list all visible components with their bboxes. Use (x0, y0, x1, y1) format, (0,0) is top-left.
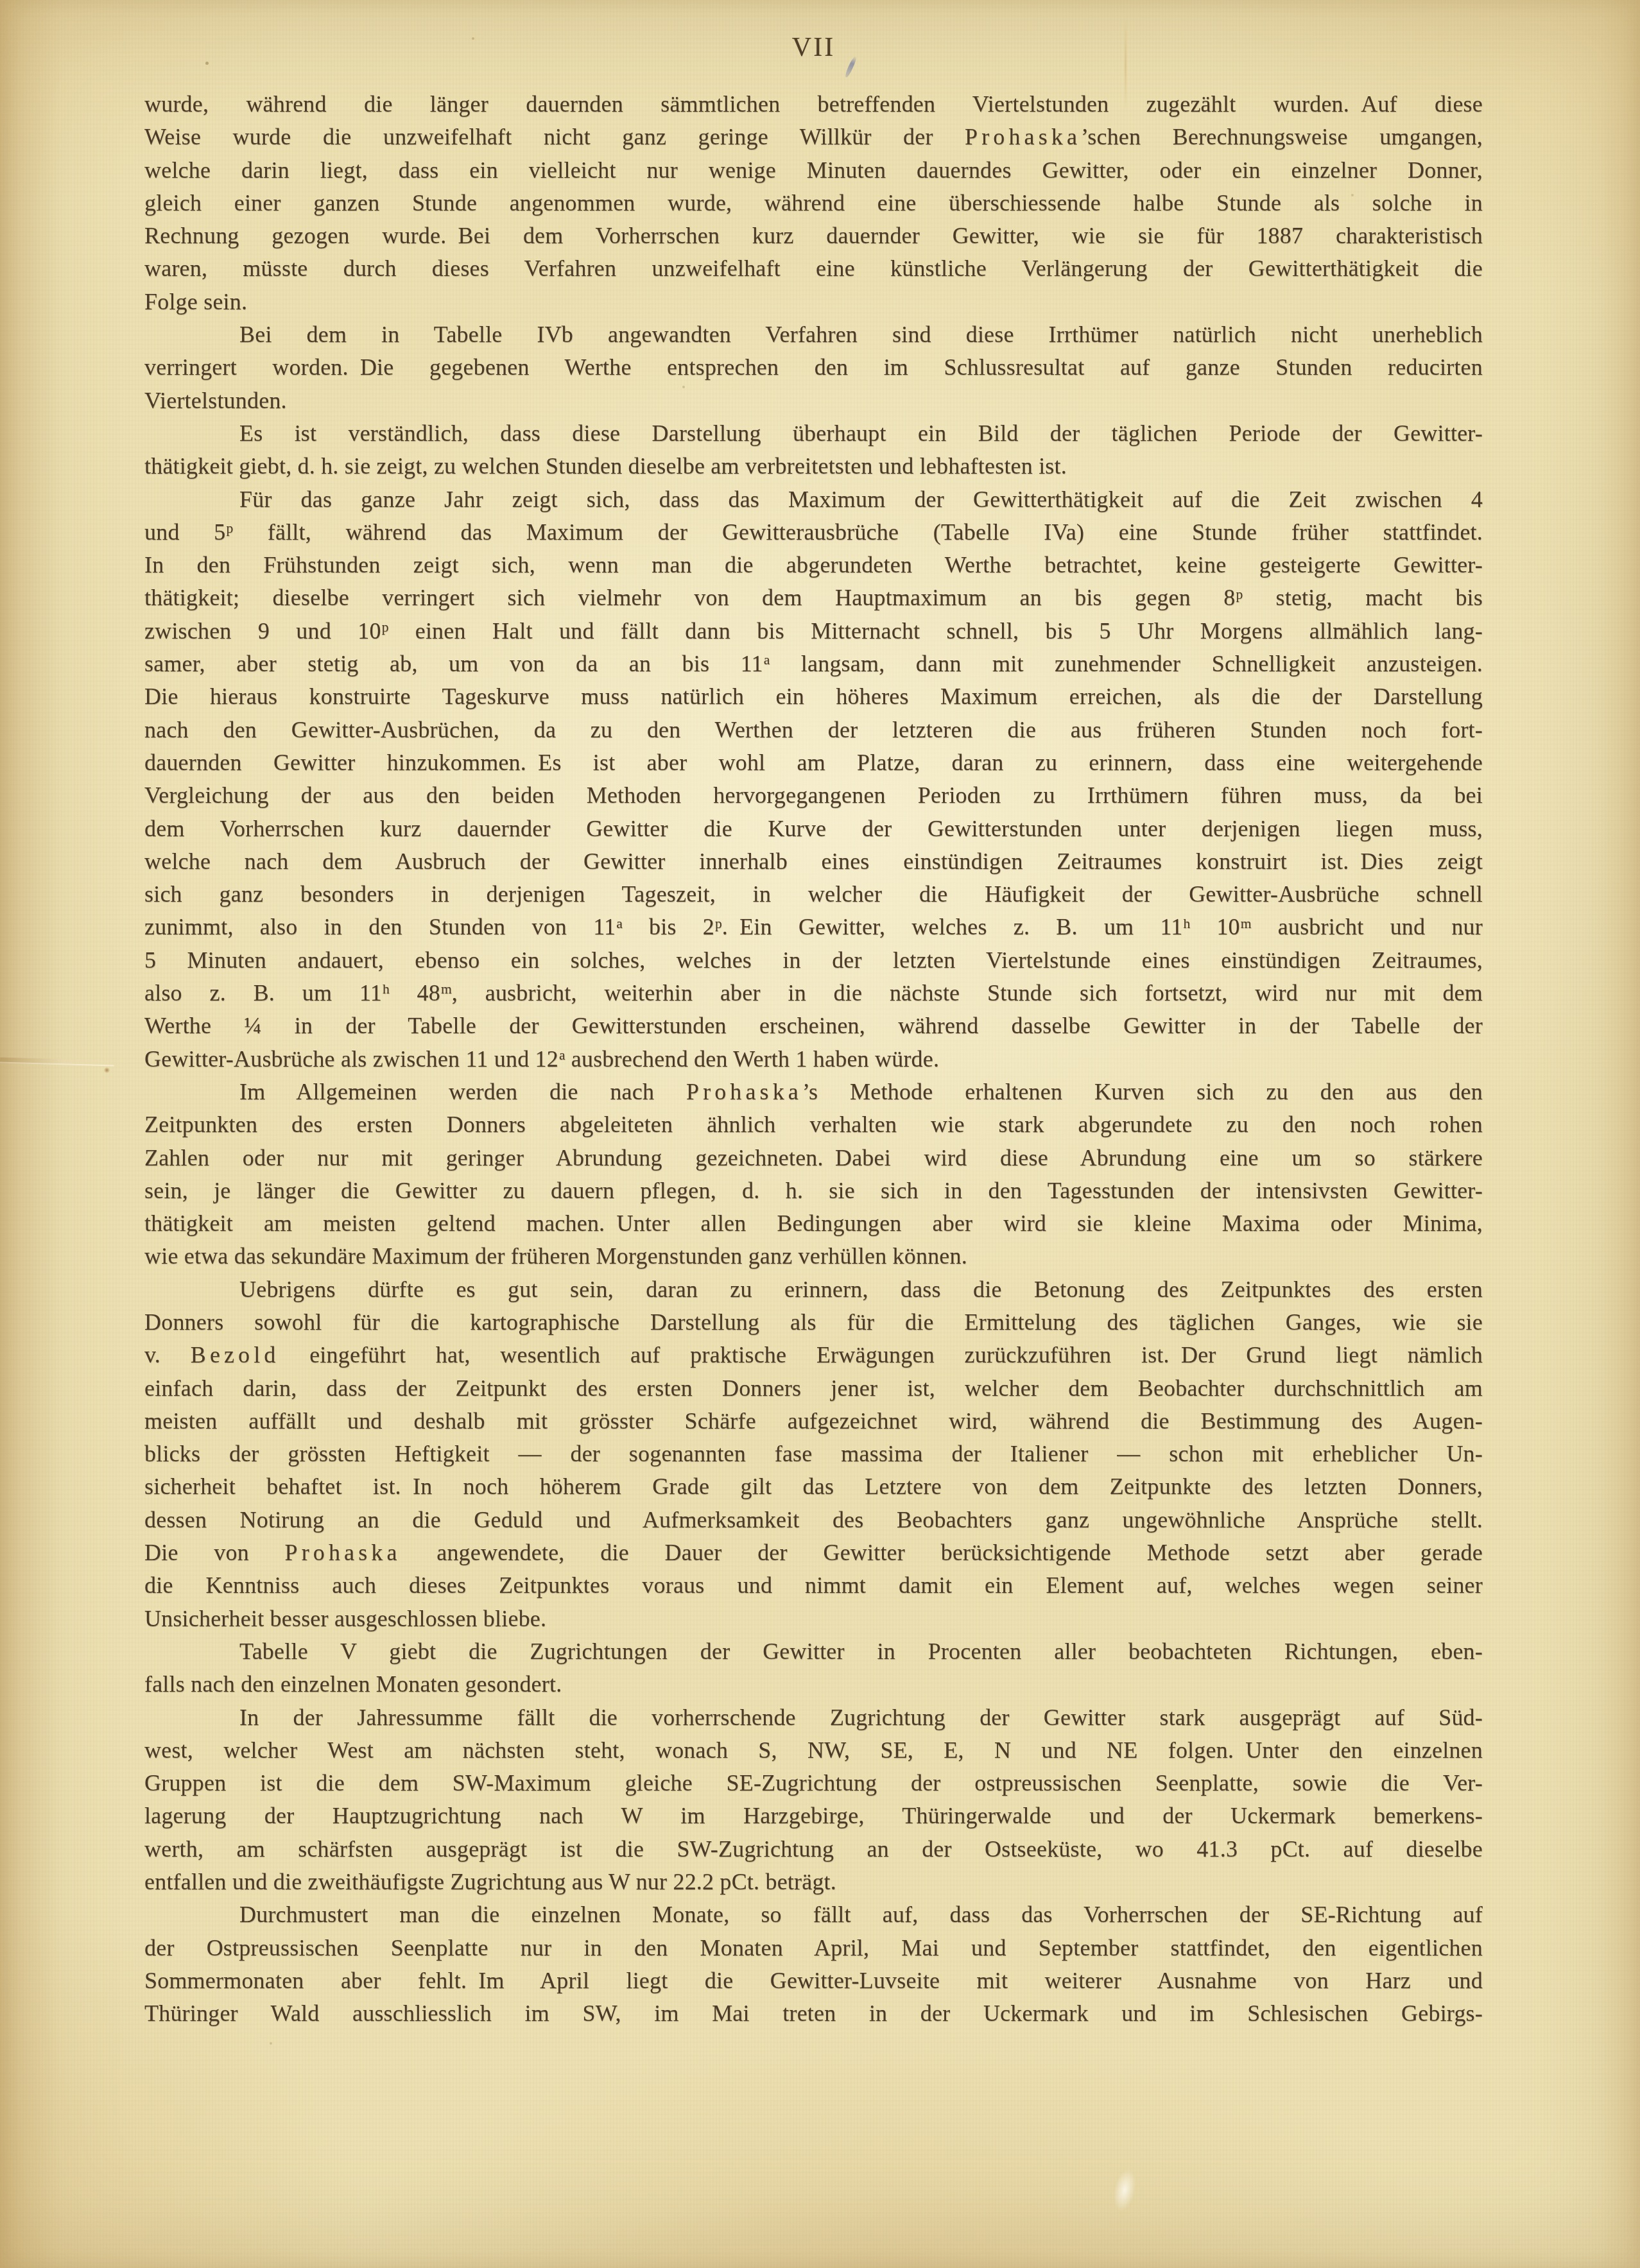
text-line: Im Allgemeinen werden die nach Prohaska’… (144, 1076, 1483, 1108)
paragraph: Bei dem in Tabelle IVb angewandten Verfa… (144, 318, 1483, 417)
paragraph: Uebrigens dürfte es gut sein, daran zu e… (144, 1273, 1483, 1635)
text-line: einfach darin, dass der Zeitpunkt des er… (144, 1372, 1483, 1405)
paragraph: Tabelle V giebt die Zugrichtungen der Ge… (144, 1635, 1483, 1701)
text-line: wie etwa das sekundäre Maximum der frühe… (144, 1240, 1483, 1273)
text-line: lagerung der Hauptzugrichtung nach W im … (144, 1800, 1483, 1832)
text-line: der Ostpreussischen Seenplatte nur in de… (144, 1932, 1483, 1964)
paper-fleck (104, 1067, 110, 1073)
text-line: sich ganz besonders in derjenigen Tagesz… (144, 878, 1483, 911)
page-text-block: wurde, während die länger dauernden sämm… (144, 88, 1483, 2031)
text-line: Unsicherheit besser ausgeschlossen blieb… (144, 1602, 1483, 1635)
text-line: dauernden Gewitter hinzukommen. Es ist a… (144, 746, 1483, 779)
text-line: werth, am schärfsten ausgeprägt ist die … (144, 1833, 1483, 1866)
text-line: meisten auffällt und deshalb mit grösste… (144, 1405, 1483, 1438)
text-line: welche nach dem Ausbruch der Gewitter in… (144, 845, 1483, 878)
text-line: die Kenntniss auch dieses Zeitpunktes vo… (144, 1569, 1483, 1602)
paper-tear (0, 1058, 114, 1067)
text-line: Sommermonaten aber fehlt. Im April liegt… (144, 1964, 1483, 1997)
text-line: wurde, während die länger dauernden sämm… (144, 88, 1483, 121)
text-line: und 5p fällt, während das Maximum der Ge… (144, 516, 1483, 549)
text-line: Gewitter-Ausbrüche als zwischen 11 und 1… (144, 1043, 1483, 1076)
text-line: In der Jahressumme fällt die vorherrsche… (144, 1701, 1483, 1734)
text-line: waren, müsste durch dieses Verfahren unz… (144, 252, 1483, 285)
text-line: gleich einer ganzen Stunde angenommen wu… (144, 187, 1483, 219)
paragraph: Durchmustert man die einzelnen Monate, s… (144, 1898, 1483, 2030)
text-line: Vergleichung der aus den beiden Methoden… (144, 779, 1483, 812)
text-line: sein, je länger die Gewitter zu dauern p… (144, 1174, 1483, 1207)
text-line: Uebrigens dürfte es gut sein, daran zu e… (144, 1273, 1483, 1306)
paragraph: wurde, während die länger dauernden sämm… (144, 88, 1483, 318)
text-line: zunimmt, also in den Stunden von 11a bis… (144, 911, 1483, 943)
text-line: Die von Prohaska angewendete, die Dauer … (144, 1536, 1483, 1569)
text-line: Tabelle V giebt die Zugrichtungen der Ge… (144, 1635, 1483, 1668)
text-line: sicherheit behaftet ist. In noch höherem… (144, 1470, 1483, 1503)
text-line: v. Bezold eingeführt hat, wesentlich auf… (144, 1339, 1483, 1371)
text-line: entfallen und die zweithäufigste Zugrich… (144, 1866, 1483, 1898)
text-line: falls nach den einzelnen Monaten gesonde… (144, 1668, 1483, 1701)
text-line: Folge sein. (144, 286, 1483, 318)
page-number: VII (144, 32, 1483, 63)
text-line: Es ist verständlich, dass diese Darstell… (144, 417, 1483, 450)
text-line: Thüringer Wald ausschliesslich im SW, im… (144, 1997, 1483, 2030)
text-line: Gruppen ist die dem SW-Maximum gleiche S… (144, 1767, 1483, 1800)
text-line: Werthe ¼ in der Tabelle der Gewitterstun… (144, 1009, 1483, 1042)
text-line: samer, aber stetig ab, um von da an bis … (144, 648, 1483, 680)
text-line: 5 Minuten andauert, ebenso ein solches, … (144, 944, 1483, 977)
paragraph: Im Allgemeinen werden die nach Prohaska’… (144, 1076, 1483, 1273)
scanned-book-page: VII wurde, während die länger dauernden … (0, 0, 1640, 2268)
letterspaced-name: Bezold (191, 1342, 280, 1368)
text-line: thätigkeit; dieselbe verringert sich vie… (144, 581, 1483, 614)
text-line: Durchmustert man die einzelnen Monate, s… (144, 1898, 1483, 1931)
text-line: verringert worden. Die gegebenen Werthe … (144, 351, 1483, 384)
text-line: welche darin liegt, dass ein vielleicht … (144, 154, 1483, 187)
text-line: dessen Notirung an die Geduld und Aufmer… (144, 1504, 1483, 1536)
text-line: Weise wurde die unzweifelhaft nicht ganz… (144, 121, 1483, 153)
paragraph: Für das ganze Jahr zeigt sich, dass das … (144, 483, 1483, 1076)
text-line: Die hieraus konstruirte Tageskurve muss … (144, 680, 1483, 713)
text-line: nach den Gewitter-Ausbrüchen, da zu den … (144, 714, 1483, 746)
paragraph: Es ist verständlich, dass diese Darstell… (144, 417, 1483, 483)
text-line: Zahlen oder nur mit geringer Abrundung g… (144, 1142, 1483, 1174)
text-line: dem Vorherrschen kurz dauernder Gewitter… (144, 812, 1483, 845)
paper-smudge (1110, 2167, 1139, 2213)
text-line: Viertelstunden. (144, 384, 1483, 417)
paper-speck (270, 2042, 272, 2045)
letterspaced-name: Prohaska (686, 1079, 802, 1104)
letterspaced-name: Prohaska (965, 124, 1081, 150)
text-line: blicks der grössten Heftigkeit — der sog… (144, 1438, 1483, 1470)
text-line: west, welcher West am nächsten steht, wo… (144, 1734, 1483, 1767)
letterspaced-name: Prohaska (285, 1540, 401, 1565)
text-line: also z. B. um 11h 48m, ausbricht, weiter… (144, 977, 1483, 1009)
text-line: Rechnung gezogen wurde. Bei dem Vorherrs… (144, 219, 1483, 252)
text-line: In den Frühstunden zeigt sich, wenn man … (144, 549, 1483, 581)
text-line: zwischen 9 und 10p einen Halt und fällt … (144, 615, 1483, 648)
text-line: Für das ganze Jahr zeigt sich, dass das … (144, 483, 1483, 516)
text-line: Donners sowohl für die kartographische D… (144, 1306, 1483, 1339)
paragraph: In der Jahressumme fällt die vorherrsche… (144, 1701, 1483, 1899)
text-line: thätigkeit giebt, d. h. sie zeigt, zu we… (144, 450, 1483, 483)
text-line: Zeitpunkten des ersten Donners abgeleite… (144, 1108, 1483, 1141)
text-line: Bei dem in Tabelle IVb angewandten Verfa… (144, 318, 1483, 351)
text-line: thätigkeit am meisten geltend machen. Un… (144, 1207, 1483, 1240)
